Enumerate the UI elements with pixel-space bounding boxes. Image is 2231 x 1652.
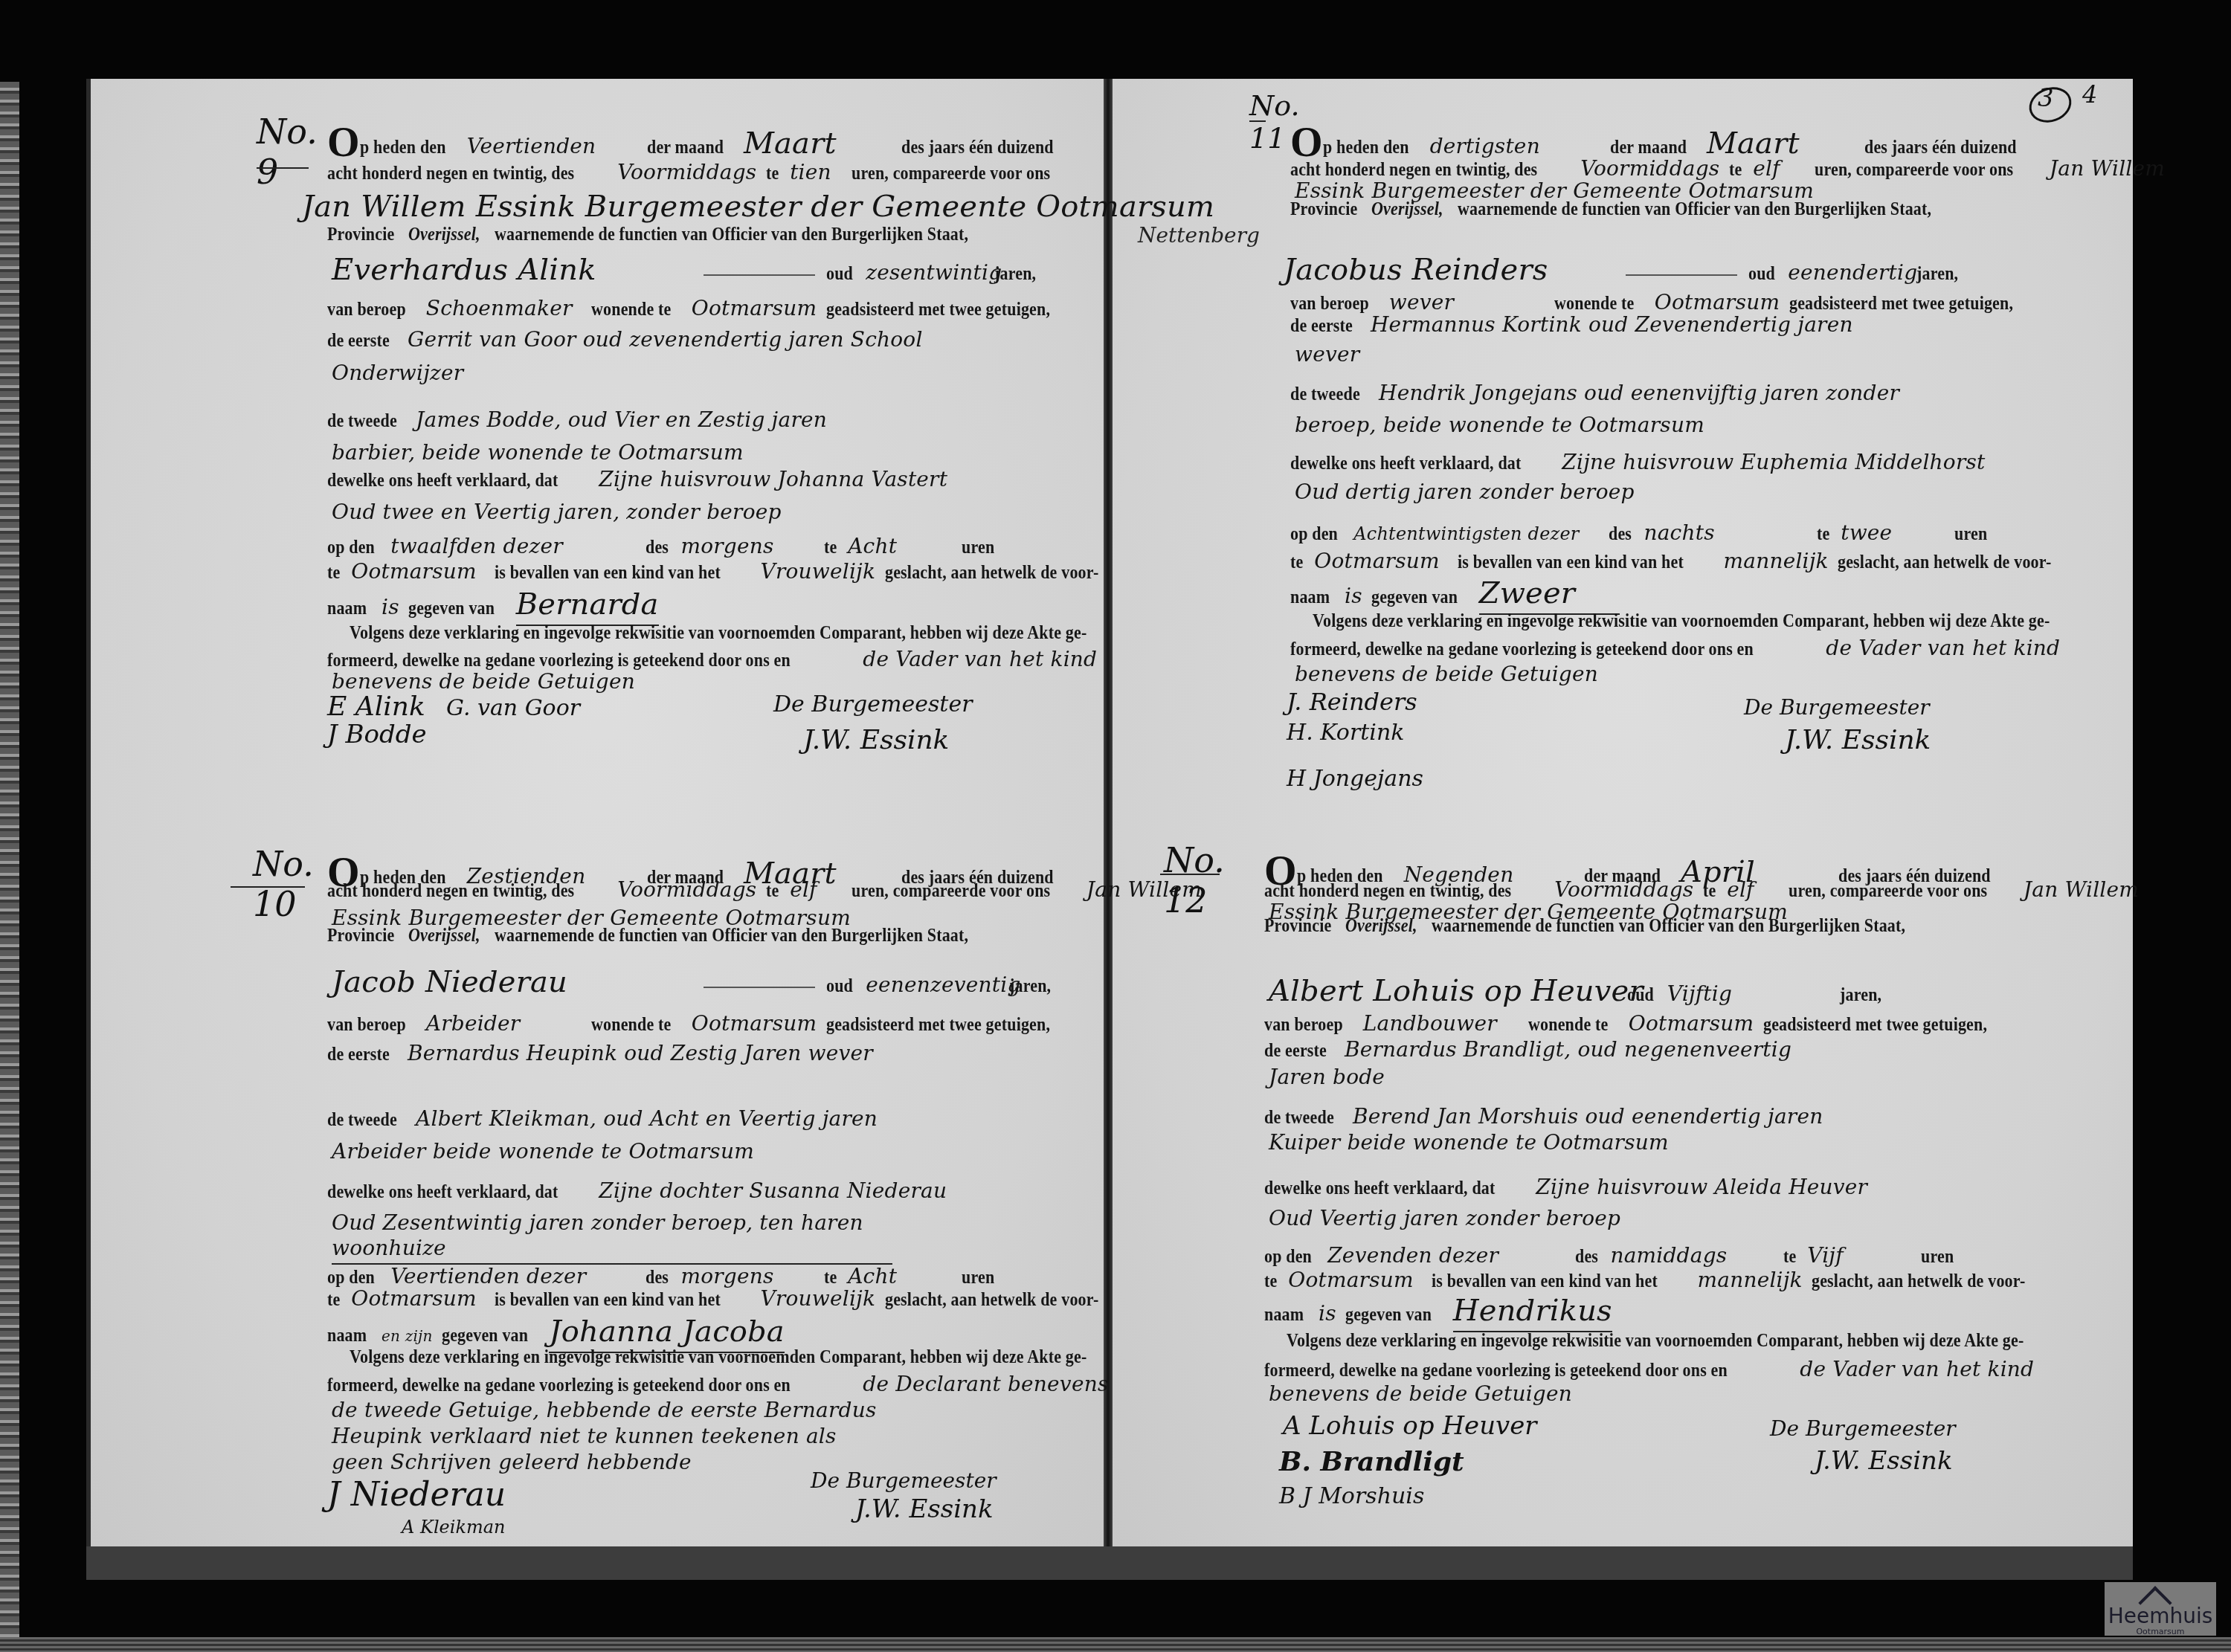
child-name: Zweer [1479,576,1620,615]
act-number-rule [1160,874,1220,875]
folio-number: 3 [2038,83,2054,113]
act-number-rule [1249,120,1266,122]
book-gutter [1104,79,1113,1547]
birth-hour-field: Acht [848,534,952,558]
daypart-field: Voormiddags [617,160,756,184]
birth-daypart-field: morgens [680,1264,814,1288]
mayor-title: De Burgemeester [1770,1416,1956,1441]
page-number: 4 [2082,80,2097,109]
daypart-field: Voormiddags [1554,877,1693,902]
sex-field: mannelijk [1698,1268,1803,1292]
declarant-age: zesentwintig [866,260,985,285]
page-bottom-edge [86,1546,2133,1580]
act-number: No. 9 [257,112,318,192]
birth-day-field: Zevenden dezer [1327,1243,1565,1268]
declarant-age: eenenzeventig [866,972,999,997]
witness1-field: Bernardus Brandligt, oud negenenveertig [1345,1037,1791,1062]
signature-declarant: A Lohuis op Heuver [1283,1411,1537,1441]
logo-place: Ootmarsum [2105,1627,2216,1636]
signature-witness2: J Bodde [327,720,427,749]
declarant-name: Everhardus Alink [332,253,689,287]
birth-daypart-field: namiddags [1610,1243,1774,1268]
declarant-age: eenendertig [1788,260,1907,285]
logo-name: Heemhuis [2105,1606,2216,1627]
residence-field: Ootmarsum [692,296,817,320]
witness2-field: Hendrik Jongejans oud eenenvijftig jaren… [1379,381,1899,405]
mother-field: Zijne dochter Susanna Niederau [599,1178,947,1203]
mother-field: Zijne huisvrouw Aleida Heuver [1536,1175,1867,1199]
birth-hour-field: Acht [848,1264,952,1288]
mayor-signature: J.W. Essink [855,1494,994,1524]
declarant-name: Jacobus Reinders [1284,253,1611,287]
signature-witness1: H. Kortink [1287,720,1404,746]
hour-field: tien [790,160,842,184]
residence-field: Ootmarsum [1629,1011,1754,1036]
mayor-title: De Burgemeester [773,691,973,717]
margin-note: Nettenberg [1138,223,1260,248]
birth-place-field: Ootmarsum [1288,1268,1422,1292]
sex-field: Vrouwelijk [761,559,876,584]
day-field: Veertienden [467,134,638,158]
act-number: No. 12 [1164,840,1225,920]
residence-field: Ootmarsum [1655,290,1780,314]
signature-declarant: J Niederau [327,1476,506,1514]
mayor-title: De Burgemeester [1744,695,1930,720]
scanner-edge [0,82,19,1652]
witness2-field: James Bodde, oud Vier en Zestig jaren [416,407,827,432]
birth-day-field: Achtentwintigsten dezer [1353,523,1599,544]
witness1-field: Hermannus Kortink oud Zevenendertig jare… [1371,312,1853,337]
act-number-rule [231,886,305,888]
mayor-signature: J.W. Essink [1785,725,1931,755]
act-number: No. 10 [253,844,314,924]
hour-field: elf [1753,156,1805,181]
declarant-name: Albert Lohuis op Heuver [1269,974,1618,1008]
birth-place-field: Ootmarsum [351,1286,485,1311]
birth-daypart-field: morgens [680,534,814,558]
sex-field: mannelijk [1724,549,1829,573]
birth-day-field: Veertienden dezer [390,1264,636,1288]
residence-field: Ootmarsum [692,1011,817,1036]
occupation-field: wever [1389,290,1545,314]
child-name: Hendrikus [1453,1294,1612,1332]
hour-field: elf [1727,877,1779,902]
mayor-title: De Burgemeester [811,1468,997,1493]
big-initial-o: O [327,120,360,166]
witness2-field: Albert Kleikman, oud Acht en Veertig jar… [416,1106,878,1131]
child-name: Bernarda [516,587,659,626]
declarant-name: Jacob Niederau [332,965,689,999]
mayor-signature: J.W. Essink [1815,1446,1953,1476]
occupation-field: Landbouwer [1363,1011,1519,1036]
signature-declarant: J. Reinders [1287,688,1417,716]
mayor-signature: J.W. Essink [803,725,949,755]
birth-day-field: twaalfden dezer [390,534,636,558]
signature-witness1: B. Brandligt [1279,1446,1464,1477]
signature-witness2: H Jongejans [1287,766,1423,792]
heemhuis-logo: Heemhuis Ootmarsum [2105,1582,2216,1636]
witness2-field: Berend Jan Morshuis oud eenendertig jare… [1353,1104,1823,1129]
declarant-age: Vijftig [1667,981,1831,1006]
birth-hour-field: Vijf [1807,1243,1911,1268]
occupation-field: Arbeider [426,1011,582,1036]
official-field: Jan Willem Essink Burgemeester der Gemee… [302,190,1214,224]
birth-daypart-field: nachts [1644,520,1807,545]
signature-witness1: G. van Goor [446,695,580,721]
signature-witness2: B J Morshuis [1279,1483,1424,1509]
day-field: dertigsten [1430,134,1601,158]
signature-witness2: A Kleikman [402,1517,506,1538]
birth-hour-field: twee [1841,520,1945,545]
daypart-field: Voormiddags [617,877,756,902]
daypart-field: Voormiddags [1580,156,1719,181]
witness1-field: Bernardus Heupink oud Zestig Jaren wever [408,1041,873,1065]
month-field: Maart [744,126,892,161]
mother-field: Zijne huisvrouw Euphemia Middelhorst [1562,450,1985,474]
occupation-field: Schoenmaker [426,296,582,320]
act-number-rule [257,167,309,169]
sex-field: Vrouwelijk [761,1286,876,1311]
signature-declarant: E Alink [327,691,425,722]
birth-place-field: Ootmarsum [351,559,485,584]
birth-place-field: Ootmarsum [1314,549,1448,573]
witness1-field: Gerrit van Goor oud zevenendertig jaren … [408,327,923,352]
mother-field: Zijne huisvrouw Johanna Vastert [599,467,947,491]
hour-field: elf [790,877,842,902]
scanner-edge-bottom [0,1637,2231,1652]
